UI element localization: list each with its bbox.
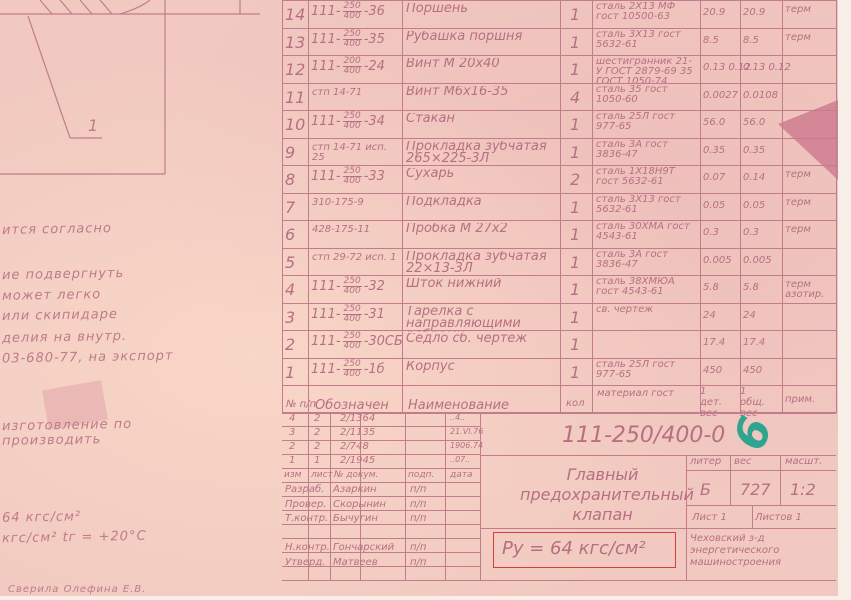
header-designation: Обозначен xyxy=(315,398,389,413)
tb-line xyxy=(480,528,836,529)
row-qty: 1 xyxy=(570,225,580,244)
row-weight-total: 0.05 xyxy=(743,200,765,211)
row-weight-one: 5.8 xyxy=(703,282,719,293)
rev-izm: 2 xyxy=(289,441,295,452)
row-material xyxy=(596,332,698,358)
title-text: Главный предохранительный клапан xyxy=(520,465,685,525)
sign-mark: п/п xyxy=(410,513,426,524)
row-num: 6 xyxy=(285,225,295,244)
grid-hline xyxy=(282,138,836,139)
row-name: Шток нижний xyxy=(406,278,558,304)
scan-edge xyxy=(838,0,851,600)
sign-name: Бычугин xyxy=(333,513,378,524)
row-num: 9 xyxy=(285,143,295,162)
organization: Чеховский з-д энергетического машиностро… xyxy=(690,533,840,569)
grid-hline xyxy=(282,0,836,1)
row-num: 13 xyxy=(285,33,305,52)
row-name: Корпус xyxy=(406,361,558,387)
row-designation: 111-250400-31 xyxy=(311,305,385,324)
header-note: прим. xyxy=(785,394,815,405)
grid-vline xyxy=(282,0,283,413)
row-name: Седло сб. чертеж xyxy=(406,333,558,359)
row-designation: 111-250400-36 xyxy=(311,2,385,21)
sign-mark: п/п xyxy=(410,499,426,510)
rev-date: ..4.. xyxy=(450,413,465,422)
title-line-2: предохранительный xyxy=(520,485,685,505)
row-weight-one: 0.0027 xyxy=(703,90,738,101)
row-material: сталь 30ХМА гост 4543-61 xyxy=(596,222,698,248)
row-name: Прокладка зубчатая 22×13-3Л xyxy=(406,251,558,277)
row-weight-one: 0.3 xyxy=(703,227,719,238)
grid-vline xyxy=(560,0,561,413)
grid-hline xyxy=(282,220,836,221)
row-qty: 2 xyxy=(570,170,580,189)
row-material: сталь 38ХМЮА гост 4543-61 xyxy=(596,277,698,303)
row-designation: стп 14-71 исп. 25 xyxy=(312,143,400,163)
sign-mark: п/п xyxy=(410,484,426,495)
mass-header: вес xyxy=(734,456,752,467)
sheet-label: Лист 1 xyxy=(692,512,727,523)
grid-vline xyxy=(592,0,593,413)
note-line: делия на внутр. xyxy=(2,329,127,346)
title-line-1: Главный xyxy=(520,465,685,485)
detail-marker: 1 xyxy=(88,116,99,135)
row-material: сталь 2Х13 МФ гост 10500-63 xyxy=(596,2,698,28)
row-note: терм xyxy=(785,5,835,15)
row-weight-one: 24 xyxy=(703,310,716,321)
scale-header: масшт. xyxy=(785,456,822,467)
grid-vline xyxy=(836,0,837,413)
row-num: 2 xyxy=(285,335,295,354)
tb-vline xyxy=(730,455,731,505)
rev-izm: 3 xyxy=(289,427,295,438)
grid-hline xyxy=(282,110,836,111)
sign-role: Н.контр. xyxy=(285,542,330,553)
row-material: сталь 1Х18Н9Т гост 5632-61 xyxy=(596,167,698,193)
grid-hline xyxy=(282,55,836,56)
row-note: терм xyxy=(785,170,835,180)
row-note: терм xyxy=(785,33,835,43)
drawing-number: 111-250/400-0 xyxy=(562,423,725,448)
row-num: 5 xyxy=(285,253,295,272)
row-designation: 111-250400-1б xyxy=(311,360,385,379)
row-name: Поршень xyxy=(406,3,558,29)
header-num: № п/п xyxy=(286,400,316,409)
header-qty: кол xyxy=(566,398,585,409)
row-weight-total: 8.5 xyxy=(743,35,759,46)
org-line-2: энергетического xyxy=(690,545,840,557)
row-material: св. чертеж xyxy=(596,305,698,331)
header-weight-one: 1 дет. вес xyxy=(700,386,730,419)
row-material: шестигранник 21-У ГОСТ 2879-69 35 ГОСТ 1… xyxy=(596,57,698,83)
note-line: 03-680-77, на экспорт xyxy=(2,349,174,367)
row-weight-one: 17.4 xyxy=(703,337,725,348)
row-material: сталь 25Л гост 977-65 xyxy=(596,112,698,138)
sign-name: Гончарский xyxy=(333,542,394,553)
rev-doc: 2/1364 xyxy=(340,413,375,424)
row-weight-total: 450 xyxy=(743,365,762,376)
row-material: сталь 3Х13 гост 5632-61 xyxy=(596,195,698,221)
sign-name: Матвеев xyxy=(333,557,378,568)
row-weight-total: 24 xyxy=(743,310,756,321)
row-num: 10 xyxy=(285,115,305,134)
row-name: Прокладка зубчатая 265×225-3Л xyxy=(406,141,558,167)
grid-hline xyxy=(282,165,836,166)
rev-list: 2 xyxy=(314,413,320,424)
scale-value: 1:2 xyxy=(790,480,816,499)
title-line-3: клапан xyxy=(520,505,685,525)
tb-hline xyxy=(282,482,480,483)
grid-hline xyxy=(282,83,836,84)
rev-doc: 2/1945 xyxy=(340,455,375,466)
grid-hline xyxy=(282,330,836,331)
rev-izm: 1 xyxy=(289,455,295,466)
row-qty: 1 xyxy=(570,198,580,217)
rev-doc: 2/1135 xyxy=(340,427,375,438)
row-weight-one: 0.005 xyxy=(703,255,732,266)
row-designation: 310-175-9 xyxy=(312,198,400,208)
org-line-1: Чеховский з-д xyxy=(690,533,840,545)
drawing-fragment xyxy=(0,0,290,200)
row-qty: 1 xyxy=(570,5,580,24)
row-weight-one: 0.07 xyxy=(703,172,725,183)
tb-vline xyxy=(752,505,753,528)
rev-date: 1906.74 xyxy=(450,441,483,450)
tb-line xyxy=(686,470,836,471)
note-line: изготовление по xyxy=(2,417,132,434)
tb-line xyxy=(282,580,836,581)
grid-hline xyxy=(282,385,836,386)
tb-line xyxy=(480,455,836,456)
row-designation: 111-250400-33 xyxy=(311,167,385,186)
grid-hline xyxy=(282,275,836,276)
row-material: сталь 3А гост 3836-47 xyxy=(596,140,698,166)
row-weight-total: 0.14 xyxy=(743,172,765,183)
row-name: Сухарь xyxy=(406,168,558,194)
rev-header: дата xyxy=(450,470,473,480)
highlight-box xyxy=(493,532,676,568)
grid-hline xyxy=(282,28,836,29)
row-qty: 1 xyxy=(570,115,580,134)
note-line: или скипидаре xyxy=(2,307,118,324)
row-name: Рубашка поршня xyxy=(406,31,558,57)
row-note: терм xyxy=(785,225,835,235)
grid-hline xyxy=(282,193,836,194)
rev-list: 2 xyxy=(314,427,320,438)
row-weight-total: 5.8 xyxy=(743,282,759,293)
row-designation: 111-250400-34 xyxy=(311,112,385,131)
row-qty: 1 xyxy=(570,363,580,382)
row-num: 12 xyxy=(285,60,305,79)
row-designation: 111-250400-35 xyxy=(311,30,385,49)
rev-izm: 4 xyxy=(289,413,295,424)
lit-value: Б xyxy=(700,480,711,499)
tb-hline xyxy=(282,468,480,469)
row-num: 3 xyxy=(285,308,295,327)
row-weight-total: 20.9 xyxy=(743,7,765,18)
row-qty: 1 xyxy=(570,60,580,79)
rev-list: 1 xyxy=(314,455,320,466)
sign-mark: п/п xyxy=(410,542,426,553)
row-qty: 1 xyxy=(570,33,580,52)
tb-hline xyxy=(282,496,480,497)
row-qty: 1 xyxy=(570,253,580,272)
row-weight-total: 0.35 xyxy=(743,145,765,156)
row-weight-total: 0.13 0.12 xyxy=(743,62,791,73)
row-name: Винт М 20х40 xyxy=(406,58,558,84)
row-material: сталь 35 гост 1050-60 xyxy=(596,85,698,111)
row-note: терм азотир. xyxy=(785,280,835,300)
grid-hline xyxy=(282,303,836,304)
row-name: Тарелка с направляющими ребрами xyxy=(406,306,558,332)
note-line: кгс/см² tг = +20°С xyxy=(2,529,147,547)
header-material: материал гост xyxy=(597,388,697,399)
row-num: 7 xyxy=(285,198,295,217)
rev-list: 2 xyxy=(314,441,320,452)
row-name: Подкладка xyxy=(406,196,558,222)
org-line-3: машиностроения xyxy=(690,557,840,569)
scan-edge-bottom xyxy=(0,596,851,600)
row-material: сталь 25Л гост 977-65 xyxy=(596,360,698,386)
row-designation: 111-250400-30СБ xyxy=(311,332,403,351)
note-line: ие подвергнуть xyxy=(2,266,124,283)
rev-header: изм xyxy=(284,470,301,480)
rev-header: № докум. xyxy=(334,470,378,480)
row-designation: стп 29-72 исп. 1 xyxy=(312,253,400,263)
row-weight-total: 0.3 xyxy=(743,227,759,238)
row-designation: 111-200400-24 xyxy=(311,57,385,76)
row-weight-one: 20.9 xyxy=(703,7,725,18)
rev-date: 21.VI.76 xyxy=(450,427,483,436)
row-name: Стакан xyxy=(406,113,558,139)
sign-name: Скорынин xyxy=(333,499,386,510)
sign-name: Азаркин xyxy=(333,484,377,495)
row-weight-one: 450 xyxy=(703,365,722,376)
row-weight-total: 0.005 xyxy=(743,255,772,266)
tb-hline xyxy=(282,538,480,539)
row-weight-total: 17.4 xyxy=(743,337,765,348)
row-note: терм xyxy=(785,198,835,208)
row-weight-one: 8.5 xyxy=(703,35,719,46)
row-material: сталь 3А гост 3836-47 xyxy=(596,250,698,276)
grid-hline xyxy=(282,358,836,359)
row-name: Пробка М 27х2 xyxy=(406,223,558,249)
note-line: производить xyxy=(2,432,102,449)
row-designation: стп 14-71 xyxy=(312,88,400,98)
sign-role: Т.контр. xyxy=(285,513,328,524)
grid-vline xyxy=(700,0,701,413)
lit-header: литер xyxy=(690,456,721,467)
row-name: Винт М6х16-35 xyxy=(406,86,558,112)
row-weight-one: 0.35 xyxy=(703,145,725,156)
row-designation: 111-250400-32 xyxy=(311,277,385,296)
row-weight-total: 0.0108 xyxy=(743,90,778,101)
tb-vline xyxy=(480,412,481,580)
tb-vline xyxy=(686,455,687,580)
grid-vline xyxy=(308,0,309,413)
sign-role: Утверд. xyxy=(285,557,325,568)
sign-role: Разраб. xyxy=(285,484,324,495)
note-line: ится согласно xyxy=(2,221,112,238)
rev-header: подп. xyxy=(408,470,434,480)
header-name: Наименование xyxy=(408,398,509,413)
row-qty: 1 xyxy=(570,308,580,327)
row-weight-one: 0.05 xyxy=(703,200,725,211)
row-num: 4 xyxy=(285,280,295,299)
bottom-stamp: Сверила Олефина Е.В. xyxy=(8,584,146,595)
row-num: 8 xyxy=(285,170,295,189)
grid-hline xyxy=(282,248,836,249)
row-material: сталь 3Х13 гост 5632-61 xyxy=(596,30,698,56)
row-weight-total: 56.0 xyxy=(743,117,765,128)
row-qty: 4 xyxy=(570,88,580,107)
tb-line xyxy=(686,505,836,506)
note-line: 64 кгс/см² xyxy=(2,509,81,525)
tb-hline xyxy=(282,524,480,525)
row-qty: 1 xyxy=(570,335,580,354)
rev-doc: 2/748 xyxy=(340,441,369,452)
row-num: 1 xyxy=(285,363,295,382)
row-num: 11 xyxy=(285,88,305,107)
rev-date: ..07.. xyxy=(450,455,470,464)
note-line: может легко xyxy=(2,287,101,304)
mass-value: 727 xyxy=(740,480,771,499)
tb-hline xyxy=(282,510,480,511)
sign-mark: п/п xyxy=(410,557,426,568)
row-designation: 428-175-11 xyxy=(312,225,400,235)
sign-role: Провер. xyxy=(285,499,327,510)
row-num: 14 xyxy=(285,5,305,24)
sheets-label: Листов 1 xyxy=(755,512,802,523)
tb-vline xyxy=(780,455,781,505)
row-qty: 1 xyxy=(570,280,580,299)
rev-header: лист xyxy=(311,470,333,480)
row-qty: 1 xyxy=(570,143,580,162)
row-weight-one: 56.0 xyxy=(703,117,725,128)
